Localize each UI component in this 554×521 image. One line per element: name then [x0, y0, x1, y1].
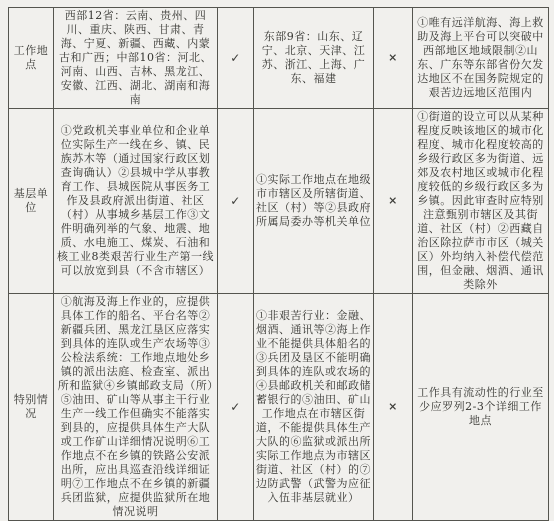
notes-cell: ①唯有远洋航海、海上救助及海上平台可以突破中西部地区地域限制②山东、广东等东部省… — [413, 8, 549, 109]
table-row-special-cases: 特别情况 ①航海及海上作业的，应提供具体工作的船名、平台名等②新疆兵团、黑龙江垦… — [9, 294, 549, 456]
qualified-cell: ①航海及海上作业的，应提供具体工作的船名、平台名等②新疆兵团、黑龙江垦区应落实到… — [54, 294, 218, 456]
row-label: 基层单位 — [9, 109, 54, 294]
qualified-cell: ①党政机关事业单位和企业单位实际生产一线在乡、镇、民族苏木等（通过国家行政区划查… — [54, 109, 218, 294]
row-label: 特别情况 — [9, 294, 54, 456]
row-label: 工作地点 — [9, 8, 54, 109]
notes-cell: ①街道的设立可以从某种程度反映该地区的城市化程度、城市化程度较高的乡级行政区多为… — [413, 109, 549, 294]
review-criteria-table: 工作地点 西部12省：云南、贵州、四川、重庆、陕西、甘肃、青海、宁夏、新疆、西藏… — [8, 7, 549, 455]
unqualified-cell: ①实际工作地点在地级市市辖区及所辖街道、社区（村）等②县政府所属局委办等机关单位 — [254, 109, 374, 294]
cross-mark-icon: × — [374, 8, 413, 109]
table-row-grassroots-unit: 基层单位 ①党政机关事业单位和企业单位实际生产一线在乡、镇、民族苏木等（通过国家… — [9, 109, 549, 294]
table-row-work-location: 工作地点 西部12省：云南、贵州、四川、重庆、陕西、甘肃、青海、宁夏、新疆、西藏… — [9, 8, 549, 109]
unqualified-cell: 东部9省：山东、辽宁、北京、天津、江苏、浙江、上海、广东、福建 — [254, 8, 374, 109]
cross-mark-icon: × — [374, 109, 413, 294]
notes-cell: 工作具有流动性的行业至少应罗列2-3个详细工作地点 — [413, 294, 549, 456]
check-mark-icon: ✓ — [218, 109, 254, 294]
unqualified-cell: ①非艰苦行业：金融、烟酒、通讯等②海上作业不能提供具体船名的③兵团及垦区不能明确… — [254, 294, 374, 456]
check-mark-icon: ✓ — [218, 8, 254, 109]
qualified-cell: 西部12省：云南、贵州、四川、重庆、陕西、甘肃、青海、宁夏、新疆、西藏、内蒙古和… — [54, 8, 218, 109]
check-mark-icon: ✓ — [218, 294, 254, 456]
cross-mark-icon: × — [374, 294, 413, 456]
